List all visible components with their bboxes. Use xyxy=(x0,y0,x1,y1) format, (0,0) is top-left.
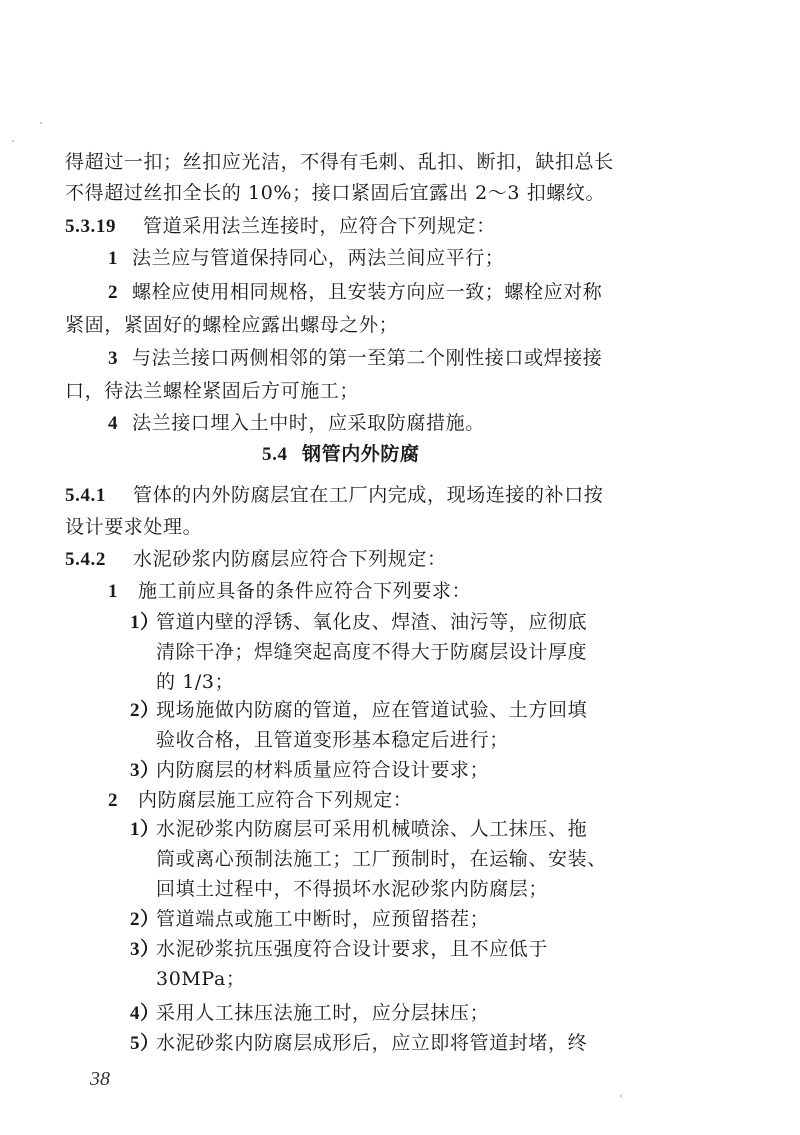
item-text: 施工前应具备的条件应符合下列要求： xyxy=(138,580,471,602)
sub-item: 2）现场施做内防腐的管道，应在管道试验、土方回填 xyxy=(130,698,587,723)
sub-item: 5）水泥砂浆内防腐层成形后，应立即将管道封堵，终 xyxy=(130,1031,587,1056)
item-number: 1 xyxy=(108,247,132,271)
list-item: 2内防腐层施工应符合下列规定： xyxy=(108,788,412,813)
sub-item-number: 5） xyxy=(130,1032,156,1056)
clause-5-4-1: 5.4.1管体的内外防腐层宜在工厂内完成，现场连接的补口按 xyxy=(65,483,603,508)
list-item: 4法兰接口埋入土中时，应采取防腐措施。 xyxy=(108,411,485,436)
list-item: 1施工前应具备的条件应符合下列要求： xyxy=(108,579,471,604)
sub-item-number: 4） xyxy=(130,1002,156,1026)
sub-item-text: 管道端点或施工中断时，应预留搭茬； xyxy=(156,908,489,930)
item-number: 4 xyxy=(108,412,132,436)
scan-speck xyxy=(40,122,42,124)
clause-number: 5.4.2 xyxy=(65,548,133,572)
list-item: 1法兰应与管道保持同心，两法兰间应平行； xyxy=(108,246,504,271)
sub-item-number: 3） xyxy=(130,938,156,962)
sub-item: 2）管道端点或施工中断时，应预留搭茬； xyxy=(130,907,489,932)
clause-5-3-19: 5.3.19管道采用法兰连接时，应符合下列规定： xyxy=(65,214,496,239)
sub-item-continuation: 回填土过程中，不得损坏水泥砂浆内防腐层； xyxy=(156,877,548,901)
sub-item-text: 内防腐层的材料质量应符合设计要求； xyxy=(156,759,489,781)
section-heading: 5.4钢管内外防腐 xyxy=(262,442,420,467)
scan-speck xyxy=(620,1095,622,1097)
list-item: 3与法兰接口两侧相邻的第一至第二个刚性接口或焊接接 xyxy=(108,346,602,371)
page-number: 38 xyxy=(90,1068,110,1091)
item-text: 内防腐层施工应符合下列规定： xyxy=(138,789,412,811)
sub-item-continuation: 筒或离心预制法施工；工厂预制时，在运输、安装、 xyxy=(156,847,607,871)
item-text: 螺栓应使用相同规格，且安装方向应一致；螺栓应对称 xyxy=(132,281,602,303)
sub-item: 1）水泥砂浆内防腐层可采用机械喷涂、人工抹压、拖 xyxy=(130,817,587,842)
paragraph-line: 不得超过丝扣全长的 10%；接口紧固后宜露出 2～3 扣螺纹。 xyxy=(65,181,605,205)
sub-item: 3）水泥砂浆抗压强度符合设计要求，且不应低于 xyxy=(130,937,548,962)
sub-item-text: 水泥砂浆内防腐层可采用机械喷涂、人工抹压、拖 xyxy=(156,818,587,840)
scan-speck xyxy=(12,140,14,142)
item-number: 2 xyxy=(108,789,138,813)
sub-item-text: 现场施做内防腐的管道，应在管道试验、土方回填 xyxy=(156,699,587,721)
sub-item-number: 1） xyxy=(130,611,156,635)
sub-item-text: 水泥砂浆内防腐层成形后，应立即将管道封堵，终 xyxy=(156,1032,587,1054)
item-continuation: 口，待法兰螺栓紧固后方可施工； xyxy=(65,379,359,403)
sub-item-text: 水泥砂浆抗压强度符合设计要求，且不应低于 xyxy=(156,938,548,960)
sub-item: 1）管道内壁的浮锈、氧化皮、焊渣、油污等，应彻底 xyxy=(130,610,587,635)
list-item: 2螺栓应使用相同规格，且安装方向应一致；螺栓应对称 xyxy=(108,280,602,305)
clause-text: 管体的内外防腐层宜在工厂内完成，现场连接的补口按 xyxy=(133,484,603,506)
sub-item-text: 采用人工抹压法施工时，应分层抹压； xyxy=(156,1002,489,1024)
sub-item-text: 管道内壁的浮锈、氧化皮、焊渣、油污等，应彻底 xyxy=(156,611,587,633)
sub-item-continuation: 的 1/3； xyxy=(156,670,234,694)
paragraph-line: 得超过一扣；丝扣应光洁，不得有毛刺、乱扣、断扣，缺扣总长 xyxy=(65,150,614,174)
clause-5-4-2: 5.4.2水泥砂浆内防腐层应符合下列规定： xyxy=(65,547,447,572)
sub-item-continuation: 30MPa； xyxy=(156,967,246,991)
section-title: 钢管内外防腐 xyxy=(302,443,420,465)
clause-continuation: 设计要求处理。 xyxy=(65,515,202,539)
sub-item: 4）采用人工抹压法施工时，应分层抹压； xyxy=(130,1001,489,1026)
section-number: 5.4 xyxy=(262,443,302,467)
item-text: 与法兰接口两侧相邻的第一至第二个刚性接口或焊接接 xyxy=(132,347,602,369)
item-number: 3 xyxy=(108,347,132,371)
clause-number: 5.3.19 xyxy=(65,215,143,239)
sub-item-number: 2） xyxy=(130,699,156,723)
sub-item-number: 1） xyxy=(130,818,156,842)
item-number: 2 xyxy=(108,281,132,305)
sub-item-continuation: 验收合格，且管道变形基本稳定后进行； xyxy=(156,728,509,752)
item-continuation: 紧固，紧固好的螺栓应露出螺母之外； xyxy=(65,313,398,337)
item-text: 法兰应与管道保持同心，两法兰间应平行； xyxy=(132,247,504,269)
sub-item: 3）内防腐层的材料质量应符合设计要求； xyxy=(130,758,489,783)
sub-item-continuation: 清除干净；焊缝突起高度不得大于防腐层设计厚度 xyxy=(156,640,587,664)
item-number: 1 xyxy=(108,580,138,604)
sub-item-number: 3） xyxy=(130,759,156,783)
sub-item-number: 2） xyxy=(130,908,156,932)
clause-text: 管道采用法兰连接时，应符合下列规定： xyxy=(143,215,496,237)
item-text: 法兰接口埋入土中时，应采取防腐措施。 xyxy=(132,412,485,434)
clause-text: 水泥砂浆内防腐层应符合下列规定： xyxy=(133,548,447,570)
clause-number: 5.4.1 xyxy=(65,484,133,508)
